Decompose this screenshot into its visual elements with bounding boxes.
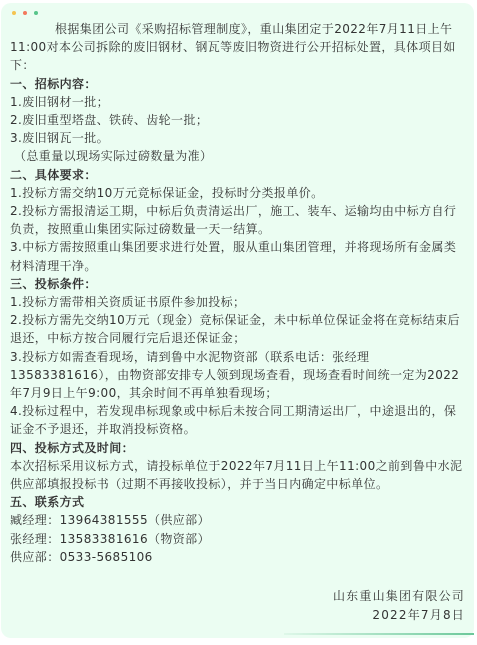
list-item: 4.投标过程中，若发现串标现象或中标后未按合同工期清运出厂，中途退出的，保证金不… — [10, 402, 465, 438]
section-heading-contacts: 五、联系方式 — [10, 493, 465, 511]
window-dots — [12, 11, 38, 15]
list-item: 3.中标方需按照重山集团要求进行处置，服从重山集团管理，并将现场所有金属类材料清… — [10, 238, 465, 274]
section-heading-content: 一、招标内容： — [10, 75, 465, 93]
section-heading-requirements: 二、具体要求： — [10, 166, 465, 184]
list-item: 1.废旧钢材一批； — [10, 93, 465, 111]
weight-note: （总重量以现场实际过磅数量为准） — [10, 147, 465, 165]
red-dot-icon — [23, 11, 27, 15]
list-item: 3.废旧钢瓦一批。 — [10, 129, 465, 147]
contact-item: 臧经理：13964381555（供应部） — [10, 511, 465, 529]
list-item: 2.投标方需先交纳10万元（现金）竞标保证金，未中标单位保证金将在竞标结束后退还… — [10, 311, 465, 347]
list-item: 2.投标方需报清运工期，中标后负责清运出厂，施工、装车、运输均由中标方自行负责，… — [10, 202, 465, 238]
signature-date: 2022年7月8日 — [333, 606, 465, 625]
section-heading-method-time: 四、投标方式及时间： — [10, 439, 465, 457]
signature-block: 山东重山集团有限公司 2022年7月8日 — [333, 587, 465, 624]
section-heading-conditions: 三、投标条件： — [10, 275, 465, 293]
list-item: 2.废旧重型塔盘、铁砖、齿轮一批； — [10, 111, 465, 129]
contact-item: 供应部：0533-5685106 — [10, 548, 465, 566]
document-body: 根据集团公司《采购招标管理制度》，重山集团定于2022年7月11日上午11:00… — [10, 20, 465, 566]
accent-divider — [284, 633, 474, 635]
list-item: 3.投标方如需查看现场，请到鲁中水泥物资部（联系电话：张经理1358338161… — [10, 348, 465, 403]
green-dot-icon — [34, 11, 38, 15]
intro-paragraph: 根据集团公司《采购招标管理制度》，重山集团定于2022年7月11日上午11:00… — [10, 20, 465, 75]
contact-item: 张经理：13583381616（物资部） — [10, 530, 465, 548]
list-item: 本次招标采用议标方式，请投标单位于2022年7月11日上午11:00之前到鲁中水… — [10, 457, 465, 493]
yellow-dot-icon — [12, 11, 16, 15]
list-item: 1.投标方需交纳10万元竞标保证金，投标时分类报单价。 — [10, 184, 465, 202]
list-item: 1.投标方需带相关资质证书原件参加投标； — [10, 293, 465, 311]
signature-company: 山东重山集团有限公司 — [333, 587, 465, 606]
